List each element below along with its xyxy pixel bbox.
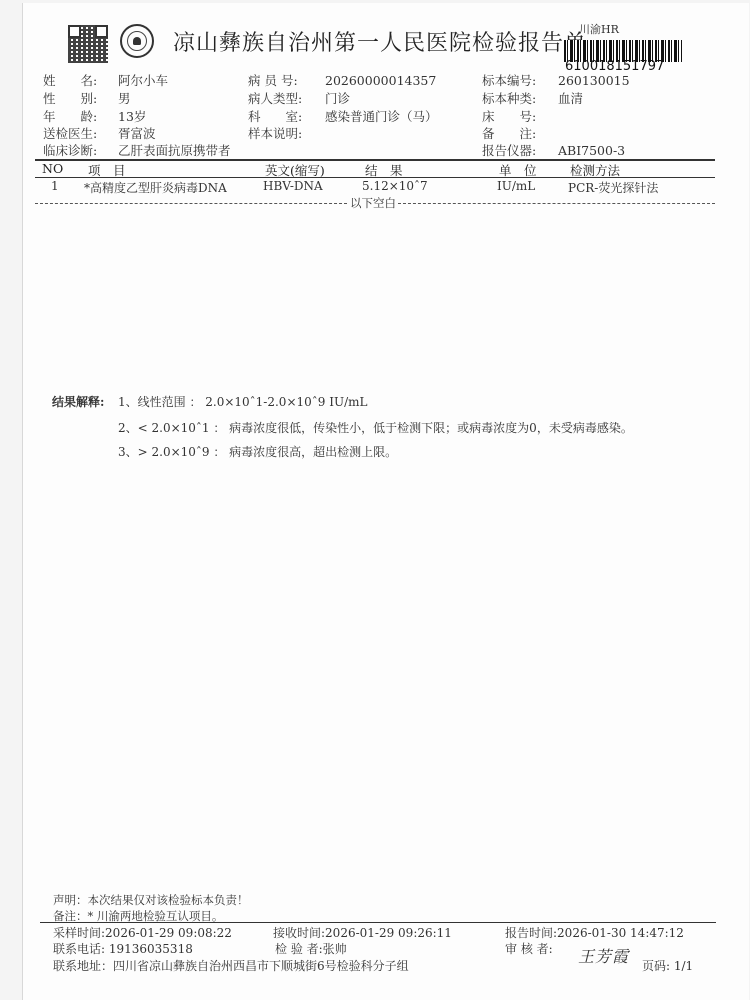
report-time: 报告时间:2026-01-30 14:47:12	[505, 924, 684, 941]
end-dashed-line-left	[35, 203, 347, 204]
hospital-logo-icon	[120, 24, 154, 58]
patient-gender: 男	[118, 89, 131, 108]
specimen-type-label: 标本种类:	[482, 89, 536, 108]
end-dashed-line-right	[398, 203, 715, 204]
interpretation-label: 结果解释:	[52, 393, 104, 410]
gender-label: 性 别:	[43, 89, 97, 108]
contact-address: 联系地址：四川省凉山彝族自治州西昌市下顺城街6号检验科分子组	[53, 957, 409, 974]
interpretation-line-2: 2、< 2.0×10ˆ1 ： 病毒浓度很低，传染性小，低于检测下限；或病毒浓度为…	[118, 419, 633, 436]
diagnosis-label: 临床诊断:	[43, 141, 97, 160]
report-title: 凉山彝族自治州第一人民医院检验报告单	[173, 26, 587, 57]
qr-code-icon	[68, 25, 108, 63]
specimen-no-label: 标本编号:	[482, 71, 536, 90]
specimen-no: 260130015	[558, 71, 630, 90]
patient-id-label: 病 员 号:	[248, 71, 298, 90]
name-label: 姓 名:	[43, 71, 97, 90]
col-header-no: NO	[42, 161, 63, 176]
end-marker: 以下空白	[350, 195, 396, 211]
department: 感染普通门诊（马）	[325, 107, 438, 126]
clinical-diagnosis: 乙肝表面抗原携带者	[118, 141, 231, 160]
barcode-label: 川渝HR	[579, 21, 619, 37]
contact-phone: 联系电话: 19136035318	[53, 940, 193, 957]
row-method: PCR-荧光探针法	[568, 179, 658, 196]
receive-time: 接收时间:2026-01-29 09:26:11	[273, 924, 452, 941]
footer-rule	[40, 922, 716, 923]
row-no: 1	[51, 179, 59, 193]
disclaimer: 声明：本次结果仅对该检验标本负责！	[53, 892, 249, 908]
patient-type-label: 病人类型:	[248, 89, 302, 108]
reviewer-signature: 王芳霞	[578, 944, 629, 967]
row-result: 5.12×10ˆ7	[362, 179, 428, 193]
row-abbr: HBV-DNA	[263, 179, 323, 193]
table-header-rule	[35, 177, 715, 178]
specimen-type: 血清	[558, 89, 583, 108]
sample-note-label: 样本说明:	[248, 124, 302, 143]
patient-type: 门诊	[325, 89, 350, 108]
patient-id: 20260000014357	[325, 71, 436, 90]
row-unit: IU/mL	[497, 179, 535, 193]
row-item: *高精度乙型肝炎病毒DNA	[84, 179, 227, 196]
instrument-label: 报告仪器:	[482, 141, 536, 160]
sample-time: 采样时间:2026-01-29 09:08:22	[53, 924, 232, 941]
interpretation-line-3: 3、> 2.0×10ˆ9 ： 病毒浓度很高，超出检测上限。	[118, 443, 397, 460]
interpretation-line-1: 1、线性范围 ： 2.0×10ˆ1-2.0×10ˆ9 IU/mL	[118, 393, 367, 410]
page-number: 页码: 1/1	[642, 957, 693, 974]
reviewer-label: 审 核 者:	[505, 940, 553, 957]
tester: 检 验 者:张帅	[275, 940, 347, 957]
instrument: ABI7500-3	[558, 141, 625, 160]
patient-name: 阿尔小车	[118, 71, 168, 90]
